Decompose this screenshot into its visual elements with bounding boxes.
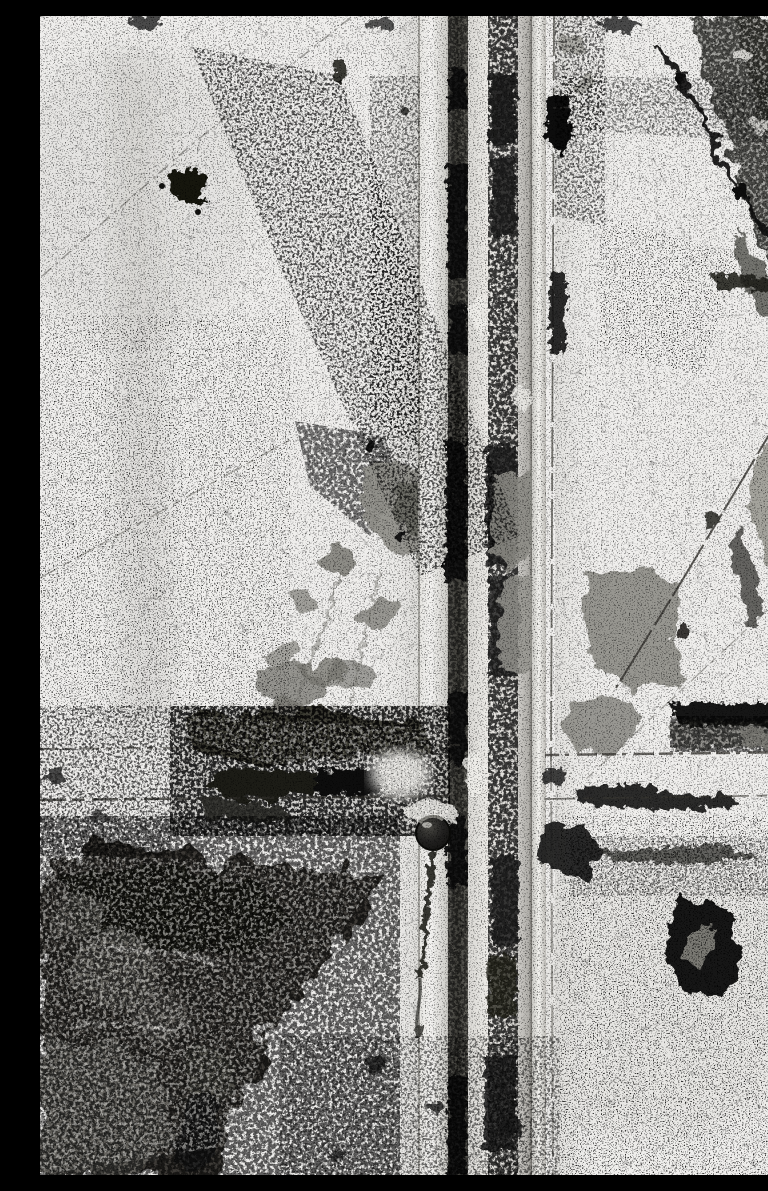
film-grain <box>40 16 768 1175</box>
door-photo-illustration <box>40 16 768 1175</box>
photo-weathered-door: © JESUS LINARES PHOTOGRAPHY <box>40 16 768 1175</box>
